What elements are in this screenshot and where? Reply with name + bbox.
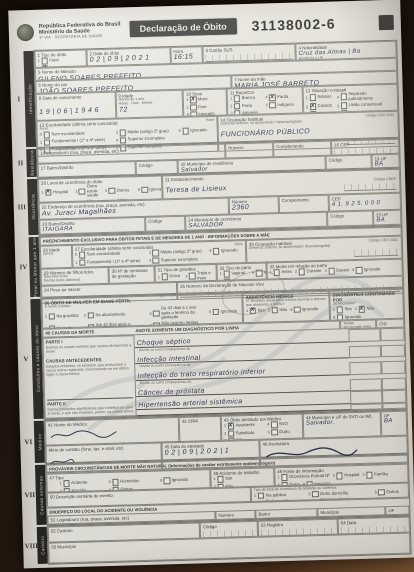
checkbox — [257, 493, 264, 500]
option-label: Médio (antigo 2º grau) — [160, 249, 201, 255]
handwritten-hora: 16:15 — [174, 53, 200, 62]
checkbox — [182, 128, 189, 135]
option-number: 9 — [209, 249, 211, 253]
option-label: Ignorado — [149, 187, 162, 192]
option-label: Outros — [386, 490, 399, 495]
option-number: 9 — [252, 271, 254, 275]
checkbox-option: 1Única — [158, 272, 181, 282]
checkbox — [256, 270, 263, 277]
checkbox-option: 9Ignorado — [160, 476, 205, 484]
checkbox-option: 3No abortamento — [84, 307, 145, 323]
declaracao-de-obito-form: República Federativa do Brasil Ministéri… — [10, 3, 412, 566]
field-uf-svo: UF BA — [381, 411, 408, 437]
option-label: Vaginal — [231, 271, 245, 276]
section-fetal: IV Fetal ou Menor que 1 ano PREENCHIMENT… — [17, 226, 406, 299]
option-number: 4 — [265, 96, 267, 100]
field-numero-filhos: 29 Número de filhos tidos Nascidos vivos… — [41, 267, 109, 286]
option-number: 3 — [84, 313, 86, 317]
field-numero-ocorrencia: Número 2360 — [229, 196, 279, 214]
checkbox — [190, 104, 197, 111]
field-data-nascimento: 8 Data de nascimento 1 9 | 0 6 | 1 9 4 6 — [36, 92, 116, 121]
checkbox-option: 1Antes — [270, 269, 293, 276]
option-number: 0 — [40, 133, 42, 137]
doctor-name-scribble — [48, 427, 118, 441]
field-hora: Hora 16:15 — [170, 46, 202, 64]
option-number: 1 — [45, 315, 47, 319]
checkbox — [152, 250, 159, 257]
checkbox — [269, 94, 276, 101]
checkbox — [48, 313, 55, 320]
checkbox-option: 9Ignorado — [290, 306, 318, 313]
checkbox — [79, 188, 86, 195]
option-number: 3 — [308, 493, 310, 497]
contact-scribble — [49, 457, 75, 466]
checkbox — [153, 257, 160, 264]
option-number: 1 — [230, 97, 232, 101]
checkbox-option: 9Ignorado — [179, 127, 212, 134]
option-number: 1 — [254, 494, 256, 498]
option-label: Superior incompleto — [128, 137, 165, 143]
checkbox — [328, 268, 335, 275]
checkbox — [341, 102, 348, 109]
option-number: 2 — [295, 270, 297, 274]
cid-cell — [382, 403, 406, 410]
field-codigo-cartorio: Código — [200, 521, 258, 539]
option-label: Ignorado — [364, 267, 381, 272]
checkbox — [378, 489, 385, 496]
checkbox-option: 9Ignorado — [352, 266, 380, 273]
section-numeral: IV — [19, 263, 27, 271]
option-number: 5 — [105, 189, 107, 193]
option-label: Ignorado — [345, 314, 362, 319]
field-acidente-trabalho: 48 Acidente do trabalho 1Sim2Não9Ignorad… — [210, 467, 275, 488]
option-label: Não — [366, 306, 374, 311]
checkbox — [299, 268, 306, 275]
option-label: Ignorado — [302, 307, 319, 312]
option-label: Ignorado — [220, 309, 237, 314]
option-label: Sim — [345, 307, 352, 312]
option-label: Durante — [307, 269, 322, 274]
section-numeral: II — [18, 159, 24, 167]
checkbox-option: 2Durante — [295, 268, 322, 275]
checkbox-option: 2Não — [268, 307, 287, 314]
checkbox — [271, 421, 278, 428]
checkbox — [340, 94, 347, 101]
section-numeral: I — [17, 95, 20, 103]
certificate-number: 31138002-6 — [251, 15, 335, 33]
form-title: Declaração de Óbito — [129, 18, 236, 37]
option-label: Masc — [198, 97, 208, 102]
checkbox-option: 1Branca — [230, 95, 261, 102]
tempo-cell — [348, 328, 380, 341]
option-label: Homicídio — [120, 479, 139, 484]
option-number: 3 — [185, 274, 187, 278]
checkbox — [189, 273, 196, 280]
option-number: 4 — [149, 259, 151, 263]
option-label: Solteiro — [317, 95, 331, 100]
digit-comb — [344, 183, 396, 191]
org-line3: 1ª VIA - SECRETARIA DE SAÚDE — [39, 34, 121, 41]
field-situacao-conjugal: 12 Situação conjugal 1Solteiro2Casado3Vi… — [302, 84, 398, 114]
checkbox — [269, 102, 276, 109]
checkbox — [281, 474, 288, 481]
option-number: 2 — [268, 309, 270, 313]
field-crm: 42 CRM — [179, 416, 222, 442]
checkbox-option: 1Na gravidez — [45, 309, 79, 324]
option-number: 9 — [290, 308, 292, 312]
section-numeral: VIII — [25, 541, 38, 549]
checkbox — [141, 186, 148, 193]
field-bairro-ocorrencia: 23 Bairro/Distrito ITAIGARA — [39, 217, 145, 236]
option-number: 9 — [138, 188, 140, 192]
checkbox-option: 4SVO — [267, 421, 297, 428]
option-number: 5 — [337, 104, 339, 108]
option-number: 1 — [59, 482, 61, 486]
field-meio-contato: Meio de contato (fone, fax, e-mail, etc) — [45, 442, 162, 472]
option-number: 1 — [333, 308, 335, 312]
field-codigo-bairro-ocorrencia: Código — [145, 215, 185, 232]
option-label: Substituto — [236, 430, 255, 435]
checkbox — [228, 430, 235, 437]
field-complemento-ocorrencia: Complemento — [279, 195, 329, 213]
checkbox — [164, 477, 171, 484]
corner-registration-mark — [379, 14, 394, 29]
option-number: 5 — [150, 312, 152, 316]
checkbox — [45, 189, 52, 196]
handwritten-uf-svo: BA — [384, 418, 404, 425]
option-label: Separado judicialmente — [348, 91, 392, 101]
tempo-cell — [350, 403, 382, 410]
checkbox — [112, 479, 119, 486]
checkbox-option: 5De 43 dias a 1 ano após o término da ge… — [149, 305, 204, 320]
option-number: 4 — [337, 95, 339, 99]
cid-cell — [382, 377, 406, 390]
checkbox — [223, 271, 230, 278]
option-number: 2 — [224, 431, 226, 435]
checkbox — [217, 476, 224, 483]
checkbox — [356, 267, 363, 274]
option-label: Tripla e mais — [197, 271, 214, 281]
checkbox — [161, 274, 168, 281]
parte-i-labels: PARTE I Doença ou estado mórbido que cau… — [42, 335, 136, 419]
option-label: Hospital — [53, 190, 68, 195]
checkbox — [234, 103, 241, 110]
checkbox-option: 1Vaginal — [220, 270, 248, 277]
field-numero-residencia: Número — [225, 142, 273, 158]
option-number: 2 — [333, 474, 335, 478]
field-numero-acidente: Número — [215, 510, 255, 520]
checkbox-option: 5Outros — [105, 183, 133, 198]
option-label: Outro estab. saúde — [87, 184, 101, 198]
option-label: Preta — [242, 103, 252, 108]
option-number: 2 — [230, 104, 232, 108]
field-tipo-parto: 32 Tipo de parto 1Vaginal2Cesáreo9Ignora… — [216, 262, 266, 280]
checkbox — [309, 94, 316, 101]
digit-comb — [354, 249, 398, 257]
option-number: 4 — [267, 423, 269, 427]
tempo-doenca-label: Tempo aproximado entre o início da doenç… — [340, 319, 376, 329]
checkbox-option: 3Família — [362, 471, 388, 478]
option-number: 9 — [160, 479, 162, 483]
field-diagnostico-confirmado: DIAGNÓSTICO CONFIRMADO POR 38 Necrópsia?… — [329, 289, 404, 321]
option-number: 1 — [40, 140, 42, 144]
option-label: Acidente — [71, 481, 87, 486]
option-number: 3 — [362, 473, 364, 477]
checkbox-option: 3Homicídio — [109, 478, 156, 486]
tempo-cell — [349, 345, 381, 358]
checkbox — [337, 306, 344, 313]
checkbox — [44, 139, 51, 146]
option-number: 0 — [75, 253, 77, 257]
option-number: 3 — [109, 480, 111, 484]
section-medico: VI Médico 41 Nome do Médico 42 CRM 43 Ób… — [22, 410, 410, 465]
death-certificate-paper: República Federativa do Brasil Ministéri… — [8, 0, 414, 568]
checkbox-option: 2Substituto — [224, 429, 263, 437]
checkbox-option: 1Hospital — [41, 185, 70, 200]
field-semanas-gestacao: 30 Nº de semanas de gestação — [108, 266, 154, 284]
option-number: 1 — [277, 476, 279, 480]
checkbox — [273, 269, 280, 276]
handwritten-data-obito: 0 2 | 0 9 | 2 0 2 1 — [90, 54, 168, 65]
option-label: Parda — [277, 95, 288, 100]
field-uf-ocorrencia: 25 UF BA — [373, 209, 401, 225]
option-number: 1 — [38, 59, 40, 63]
checkbox-option: 5Outro — [267, 428, 297, 435]
option-label: Fem — [198, 105, 207, 110]
checkbox — [366, 472, 373, 479]
checkbox — [63, 480, 70, 487]
option-number: 1 — [224, 424, 226, 428]
option-label: Ignorado — [172, 478, 189, 483]
checkbox — [271, 307, 278, 314]
field-bairro-acidente: Bairro — [255, 508, 317, 519]
handwritten-uf-residencia: BA — [375, 161, 397, 168]
tempo-cell — [349, 362, 381, 375]
option-number: 1 — [213, 477, 215, 481]
section-numeral: VII — [24, 491, 35, 499]
cid-cell — [380, 328, 404, 341]
checkbox-option: 5Outros — [375, 489, 403, 496]
checkbox — [120, 137, 127, 144]
cid-cell — [382, 390, 406, 403]
option-label: Sim — [258, 308, 265, 313]
checkbox — [87, 312, 94, 319]
option-label: Depois — [336, 268, 349, 273]
checkbox — [109, 187, 116, 194]
option-number: 5 — [266, 103, 268, 107]
handwritten-cep-ocorrencia: 4 1. 9 2 5. 0 0 0 — [332, 199, 398, 208]
checkbox-option: 9Ignorado — [209, 247, 240, 254]
field-nome-medico: 41 Nome do Médico — [45, 417, 180, 446]
checkbox — [213, 248, 220, 255]
issuing-org: República Federativa do Brasil Ministéri… — [39, 21, 121, 40]
checkbox — [234, 95, 241, 102]
field-assistencia-medica: ASSISTÊNCIA MÉDICA 37 Recebeu assistênci… — [243, 291, 331, 323]
option-number: 9 — [209, 310, 211, 314]
option-number: 3 — [149, 251, 151, 255]
field-local-ocorrencia: 20 Local de ocorrência do óbito 1Hospita… — [38, 175, 163, 202]
section-identificacao: I Identificação 1 Tipo de óbito 1Fetal2N… — [11, 40, 401, 149]
checkbox — [79, 259, 86, 266]
checkbox — [228, 423, 235, 430]
option-label: União consensual — [349, 102, 382, 108]
option-label: Outro — [279, 429, 290, 434]
option-label: Via pública — [265, 493, 286, 498]
option-label: Antes — [281, 270, 292, 275]
checkbox-option: 1Sim — [246, 308, 265, 315]
checkbox-option: 2Hospital — [333, 472, 360, 479]
checkbox-option: 2Não — [355, 306, 374, 313]
field-municipio-svo: 44 Município e UF do SVO ou IML Salvador… — [303, 411, 382, 438]
option-number: 9 — [179, 129, 181, 133]
option-number: 1 — [220, 272, 222, 276]
option-label: Branca — [242, 96, 255, 101]
option-label: Única — [169, 274, 180, 279]
field-tipo-gravidez: 31 Tipo de gravidez 1Única2Dupla3Tripla … — [154, 264, 216, 283]
option-label: Ocorrência Policial Nº — [289, 474, 330, 480]
option-label: No abortamento — [95, 312, 125, 317]
field-cep-ocorrencia: CEP 4 1. 9 2 5. 0 0 0 — [329, 193, 401, 212]
checkbox — [79, 252, 86, 259]
section-numeral: III — [18, 203, 26, 211]
section-ocorrencia: III Ocorrência 20 Local de ocorrência do… — [15, 168, 403, 237]
checkbox-option: 1Masc — [186, 96, 221, 103]
handwritten-data-nascimento: 1 9 | 0 6 | 1 9 4 6 — [39, 106, 113, 117]
option-number: 9 — [352, 268, 354, 272]
option-label: Superior incompleto — [161, 257, 198, 263]
cid-cell — [381, 344, 405, 357]
checkbox-option: 5Indígena — [266, 101, 297, 108]
checkbox — [312, 491, 319, 498]
checkbox-option: 3Outro estab. saúde — [75, 184, 100, 199]
checkbox-option: 3Tripla e mais — [185, 271, 213, 281]
option-number: 2 — [186, 105, 188, 109]
checkbox — [271, 429, 278, 436]
tempo-cell — [350, 378, 382, 391]
checkbox — [212, 308, 219, 315]
checkbox-option: 2Preta — [230, 102, 261, 109]
checkbox — [294, 307, 301, 314]
checkbox-option: 1Solteiro — [306, 93, 332, 103]
checkbox — [119, 129, 126, 136]
option-number: 1 — [306, 96, 308, 100]
option-label: Ignorado — [190, 128, 207, 133]
option-label: Sem escolaridade — [51, 131, 85, 137]
checkbox — [310, 103, 317, 110]
checkbox-option: 1Sim — [333, 306, 352, 313]
checkbox-option: 3Depois — [324, 267, 349, 274]
option-number: 9 — [333, 315, 335, 319]
handwritten-uf-ocorrencia: BA — [376, 216, 398, 223]
field-data-atestado: 45 Data do atestado 0 2 | 0 9 | 2 0 2 | … — [161, 440, 260, 470]
field-sexo: 10 Sexo 1Masc2Fem9Ignorado — [183, 89, 228, 117]
field-raca-cor: 11 Raça/Cor 1Branca2Preta3Amarela4Parda5… — [227, 86, 303, 115]
brazil-coat-of-arms-icon — [17, 23, 34, 40]
option-number: 3 — [75, 190, 77, 194]
handwritten-municipio-svo: Salvador. — [306, 418, 378, 427]
field-assinatura: 46 Assinatura — [259, 436, 408, 467]
option-label: SVO — [279, 422, 288, 427]
checkbox — [190, 96, 197, 103]
checkbox-option: 1Acidente — [59, 479, 103, 487]
option-label: Fetal — [49, 58, 58, 63]
option-number: 1 — [186, 98, 188, 102]
option-label: De 43 dias a 1 ano após o término da ges… — [161, 305, 204, 320]
checkbox-option: 4Separado judicialmente — [337, 91, 392, 102]
section-numeral: VI — [24, 438, 32, 446]
option-number: 1 — [270, 271, 272, 275]
checkbox — [43, 131, 50, 138]
cid-label: CID — [376, 319, 404, 329]
tempo-cell — [350, 391, 382, 404]
option-label: Não — [279, 308, 287, 313]
field-idade: 9 Idade Menos de 1 ano Horas · Dias · Me… — [115, 90, 183, 119]
option-label: Casado — [318, 104, 333, 109]
checkbox-option: 9Ignorado — [209, 304, 238, 319]
handwritten-idade: 72 — [119, 104, 181, 114]
option-label: Família — [374, 472, 388, 477]
handwritten-numero-ocorrencia: 2360 — [232, 203, 276, 212]
checkbox-option: 9Ignorado — [138, 182, 163, 197]
checkbox — [336, 472, 343, 479]
section-causas-obito: V Condições e causas do óbito 36 ÓBITO D… — [18, 288, 408, 421]
option-number: 1 — [246, 309, 248, 313]
option-label: Sem escolaridade — [87, 252, 121, 258]
option-label: Outros — [117, 188, 130, 193]
option-label: Outro domicílio — [320, 491, 348, 496]
checkbox-option: 4Parda — [265, 94, 296, 101]
doctor-signature — [263, 445, 359, 460]
checkbox-option: 2Casado — [306, 103, 332, 110]
option-number: 5 — [375, 491, 377, 495]
checkbox-option: 1Assistente — [224, 422, 263, 430]
option-label: Indígena — [277, 102, 293, 107]
causa-lines: Choque séptico Devido ou como consequênc… — [134, 328, 406, 417]
option-label: Ignorado — [221, 248, 238, 253]
option-number: 2 — [306, 105, 308, 109]
option-label: Na gravidez — [56, 313, 78, 318]
field-atestado-por: 43 Óbito atestado por Médico 1Assistente… — [221, 414, 304, 441]
checkbox — [250, 308, 257, 315]
section-numeral: V — [23, 355, 28, 363]
option-number: 5 — [268, 430, 270, 434]
option-number: 2 — [355, 307, 357, 311]
option-label: Assistente — [236, 423, 255, 428]
checkbox — [358, 306, 365, 313]
field-uf-acidente: UF — [385, 506, 409, 516]
field-uf-residencia: 19 UF BA — [371, 154, 399, 170]
option-label: Sim — [225, 477, 232, 482]
option-number: 1 — [41, 191, 43, 195]
option-number: 1 — [75, 261, 77, 265]
checkbox-option: 2Fem — [186, 103, 221, 110]
option-number: 3 — [116, 131, 118, 135]
option-label: Fundamental I (1ª a 4ª série) — [52, 138, 105, 144]
checkbox — [153, 310, 160, 317]
photo-of-death-certificate: { "header": { "org1": "República Federat… — [0, 0, 414, 572]
option-label: Hospital — [344, 473, 359, 478]
option-label: Fundamental I (1ª a 4ª série) — [87, 258, 140, 264]
option-number: 4 — [116, 138, 118, 142]
field-idade-mae: 26 Idade (anos) — [40, 245, 73, 269]
checkbox-option: 9Ignorado — [252, 269, 267, 276]
field-tipo-obito: 1 Tipo de óbito 1Fetal2Não Fetal — [34, 49, 86, 67]
option-label: Médio (antigo 2º grau) — [127, 129, 168, 135]
field-codigo-municipio-ocorrencia: Código — [327, 210, 373, 227]
option-number: 3 — [325, 269, 327, 273]
field-complemento-residencia: Complemento — [273, 141, 331, 158]
field-municipio-acidente: Município — [317, 506, 385, 517]
